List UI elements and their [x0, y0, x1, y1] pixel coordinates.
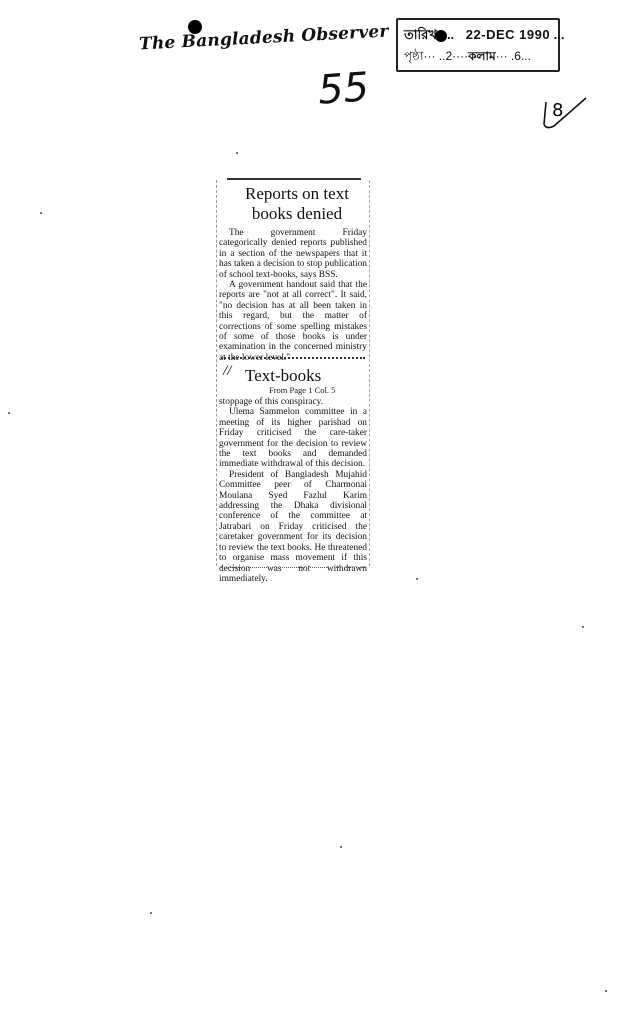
handwritten-mark-text: 8 [552, 100, 563, 121]
article2-headline: Text-books [245, 366, 321, 386]
stamp-date-label: তারিখ [404, 27, 437, 42]
scan-speck [605, 990, 607, 992]
archive-date-stamp: তারিখ.. 22-DEC 1990 ... পৃষ্ঠা··· ..2···… [396, 18, 560, 72]
article1-body: The government Friday categorically deni… [219, 228, 367, 363]
article-divider [221, 357, 365, 359]
newspaper-clipping: Reports on text books denied The governm… [216, 180, 370, 566]
clipping-top-rule [227, 178, 361, 180]
article2-paragraph: Ulema Sammelon committee in a meeting of… [219, 407, 367, 469]
article1-paragraph: The government Friday categorically deni… [219, 228, 367, 280]
article1-paragraph: A government handout said that the repor… [219, 280, 367, 363]
scan-speck [582, 626, 584, 628]
stamp-date-value: 22-DEC 1990 [466, 27, 550, 42]
article2-continuation-note: From Page 1 Col. 5 [269, 385, 335, 395]
stamp-page-value: 2 [445, 49, 452, 63]
handwritten-check-mark-icon: 8 [540, 94, 590, 134]
article2-body: stoppage of this conspiracy. Ulema Samme… [219, 397, 367, 584]
scan-speck [416, 578, 418, 580]
ink-blot [435, 30, 447, 42]
article1-headline: Reports on text books denied [227, 184, 367, 224]
scan-speck [340, 846, 342, 848]
stamp-date-row: তারিখ.. 22-DEC 1990 ... [404, 26, 565, 47]
stamp-page-row: পৃষ্ঠা··· ..2····কলাম··· .6... [404, 48, 531, 68]
stamp-column-value: 6 [514, 49, 521, 63]
scan-speck [8, 412, 10, 414]
newspaper-masthead: The Bangladesh Observer [139, 21, 389, 54]
stamp-column-label: কলাম [468, 49, 495, 63]
stamp-page-label: পৃষ্ঠা [404, 49, 423, 63]
scan-speck [150, 912, 152, 914]
scan-speck [236, 152, 238, 154]
scan-speck [40, 212, 42, 214]
article2-lead: stoppage of this conspiracy. [219, 397, 367, 407]
clipping-bottom-edge [221, 567, 365, 568]
pen-mark-icon: // [223, 363, 231, 380]
handwritten-page-number: 55 [316, 64, 370, 113]
